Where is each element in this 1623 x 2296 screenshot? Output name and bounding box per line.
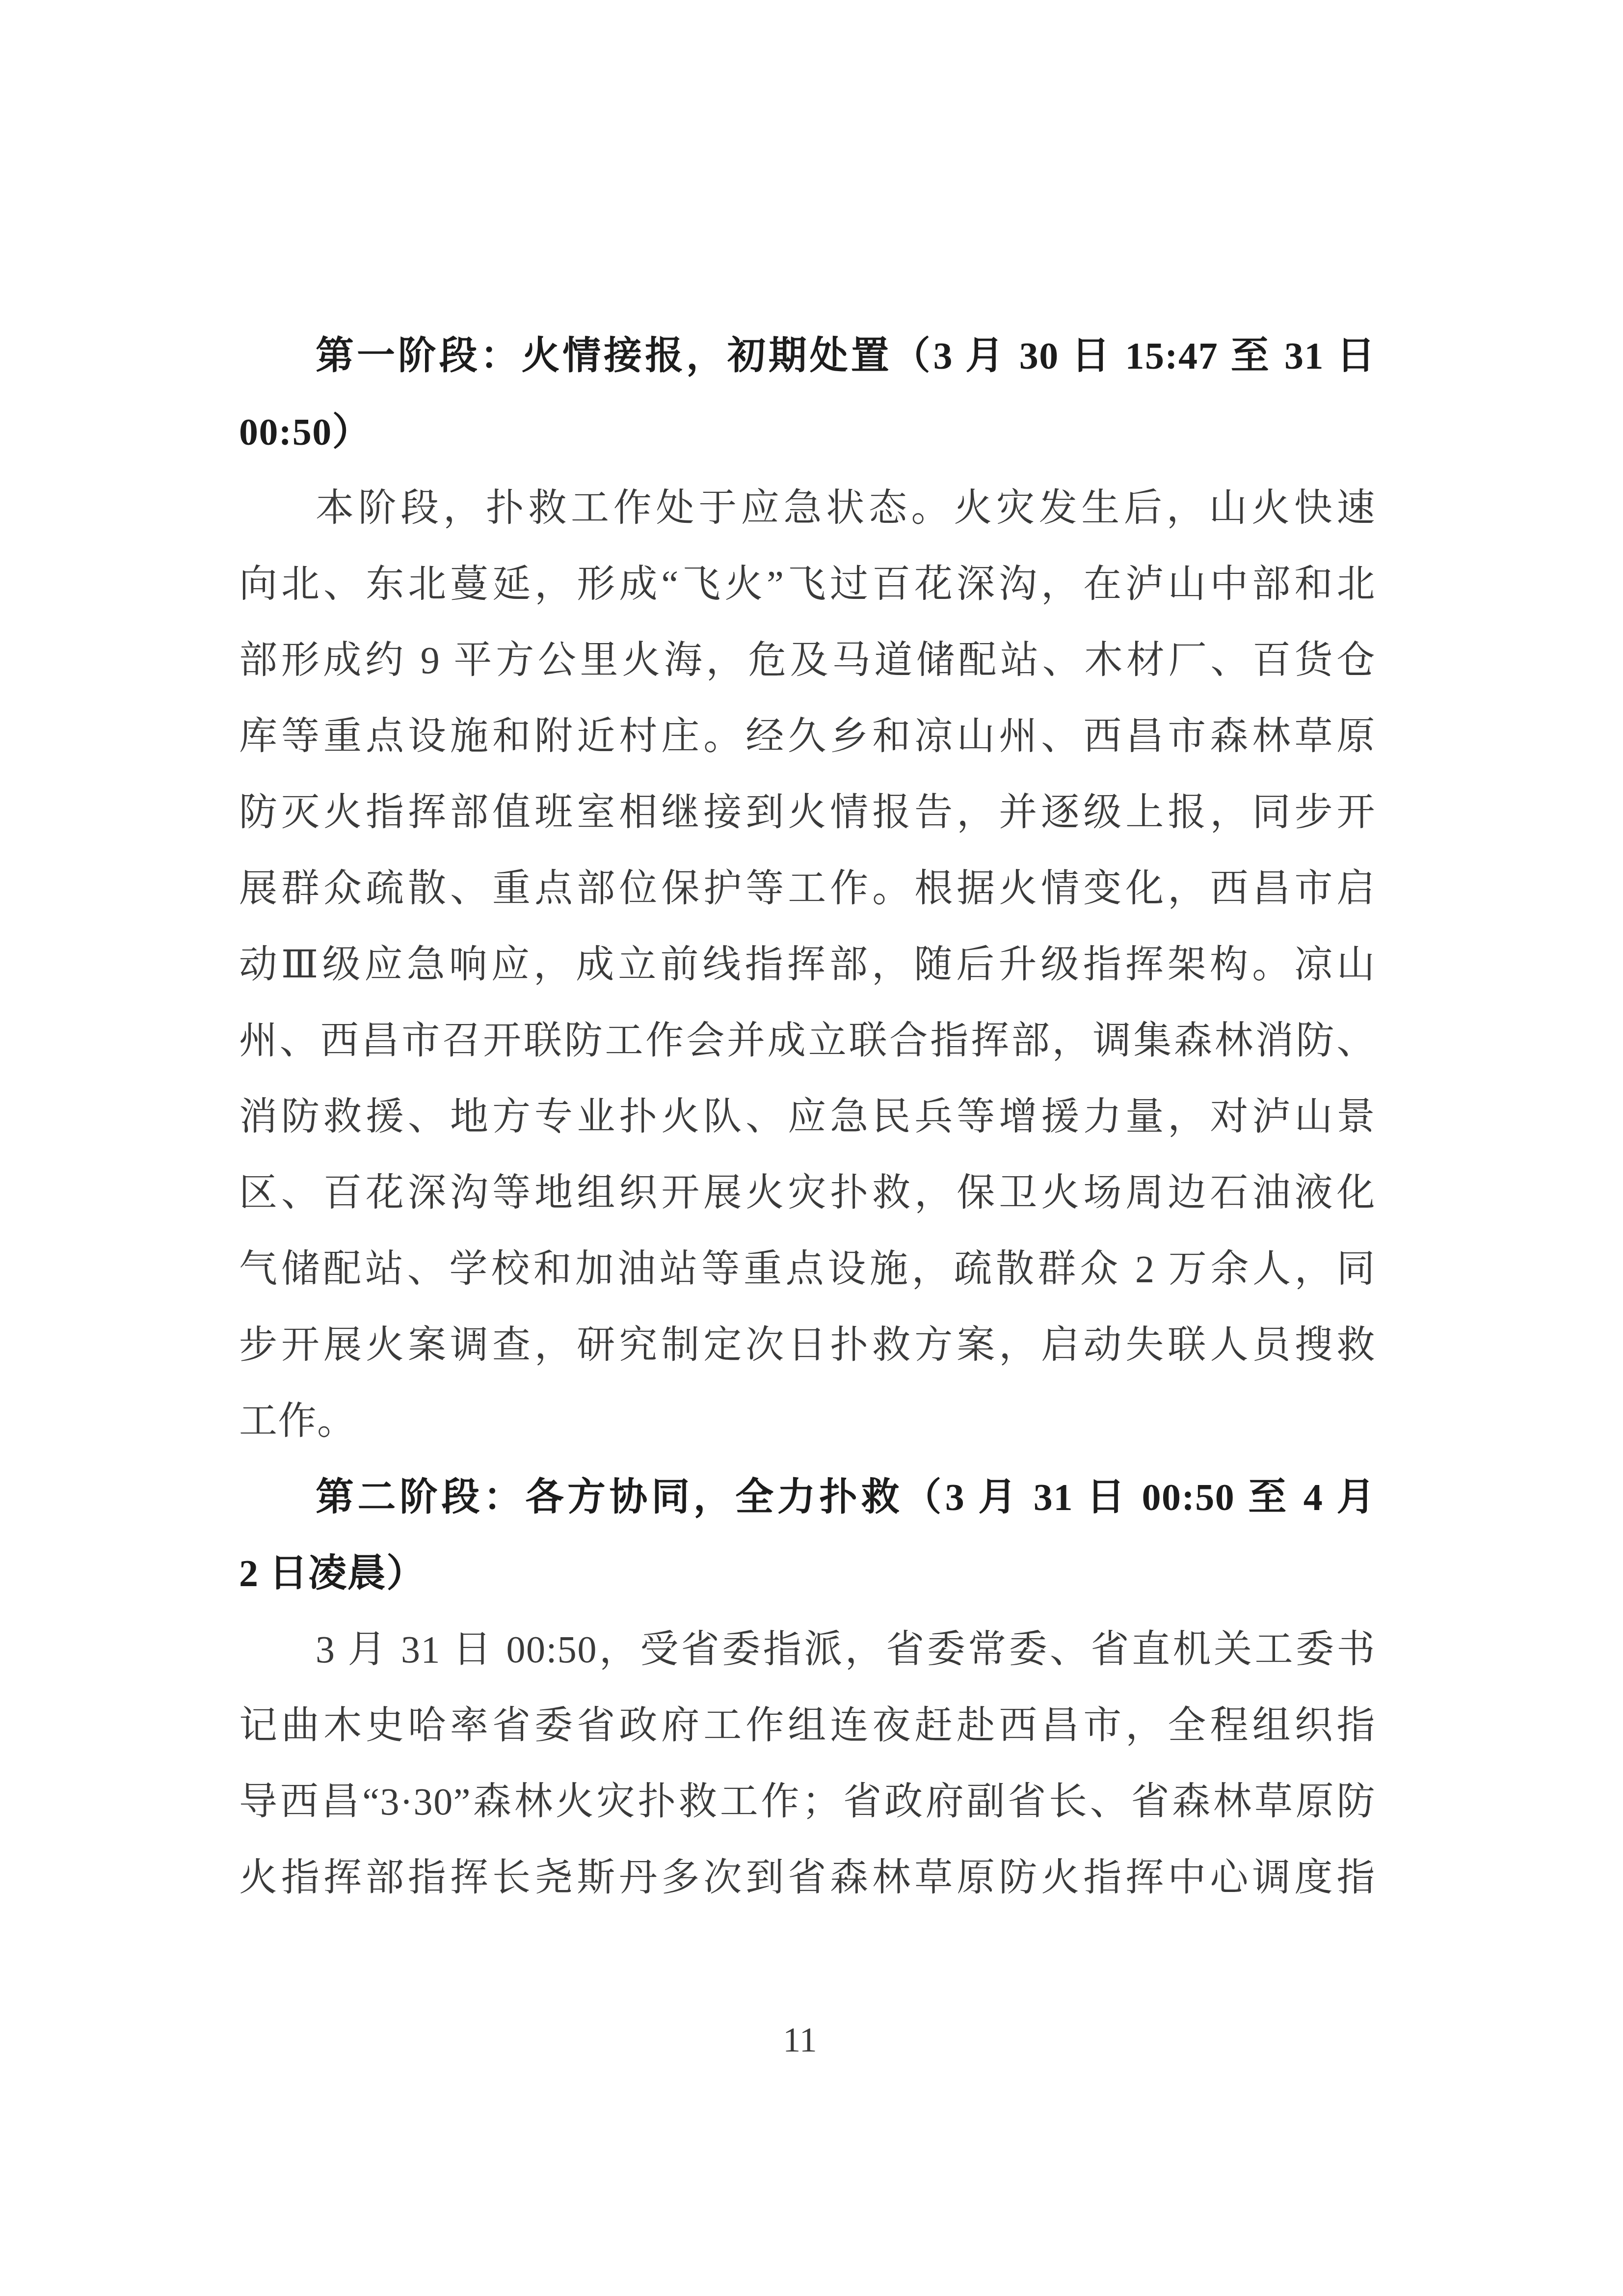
- section2-heading-line-1: 第二阶段：各方协同，全力扑救（3 月 31 日 00:50 至 4 月: [239, 1459, 1376, 1535]
- section1-body-line: 部形成约 9 平方公里火海，危及马道储配站、木材厂、百货仓: [239, 622, 1376, 698]
- section2-body-line: 记曲木史哈率省委省政府工作组连夜赶赴西昌市，全程组织指: [239, 1687, 1376, 1763]
- section1-body-line: 防灭火指挥部值班室相继接到火情报告，并逐级上报，同步开: [239, 774, 1376, 850]
- page-number: 11: [0, 2013, 1600, 2067]
- section1-body-line: 工作。: [239, 1383, 1376, 1459]
- section1-body-line: 动Ⅲ级应急响应，成立前线指挥部，随后升级指挥架构。凉山: [239, 926, 1376, 1002]
- section2-body-line: 导西昌“3·30”森林火灾扑救工作；省政府副省长、省森林草原防: [239, 1763, 1376, 1839]
- section1-body-line: 展群众疏散、重点部位保护等工作。根据火情变化，西昌市启: [239, 850, 1376, 926]
- section1-heading-line-1: 第一阶段：火情接报，初期处置（3 月 30 日 15:47 至 31 日: [239, 318, 1376, 394]
- section1-body-line: 本阶段，扑救工作处于应急状态。火灾发生后，山火快速: [239, 470, 1376, 546]
- section2-heading-line-2: 2 日凌晨）: [239, 1535, 1376, 1611]
- section1-body-line: 区、百花深沟等地组织开展火灾扑救，保卫火场周边石油液化: [239, 1155, 1376, 1231]
- document-text-block: 第一阶段：火情接报，初期处置（3 月 30 日 15:47 至 31 日 00:…: [239, 318, 1376, 1916]
- section1-body-line: 库等重点设施和附近村庄。经久乡和凉山州、西昌市森林草原: [239, 698, 1376, 774]
- document-page: 第一阶段：火情接报，初期处置（3 月 30 日 15:47 至 31 日 00:…: [0, 0, 1623, 2296]
- section2-body-line: 3 月 31 日 00:50，受省委指派，省委常委、省直机关工委书: [239, 1611, 1376, 1687]
- section2-body-line: 火指挥部指挥长尧斯丹多次到省森林草原防火指挥中心调度指: [239, 1839, 1376, 1916]
- section1-body-line: 向北、东北蔓延，形成“飞火”飞过百花深沟，在泸山中部和北: [239, 546, 1376, 622]
- section1-body-line: 州、西昌市召开联防工作会并成立联合指挥部，调集森林消防、: [239, 1002, 1376, 1079]
- section1-body-line: 步开展火案调查，研究制定次日扑救方案，启动失联人员搜救: [239, 1307, 1376, 1383]
- section1-body-line: 消防救援、地方专业扑火队、应急民兵等增援力量，对泸山景: [239, 1079, 1376, 1155]
- section1-heading-line-2: 00:50）: [239, 394, 1376, 470]
- section1-body-line: 气储配站、学校和加油站等重点设施，疏散群众 2 万余人，同: [239, 1231, 1376, 1307]
